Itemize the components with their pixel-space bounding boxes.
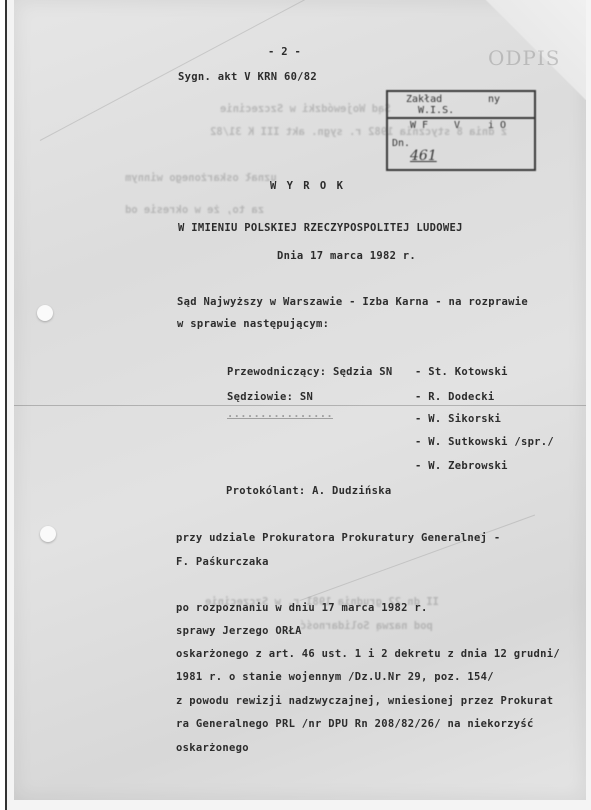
verdict-title: W Y R O K bbox=[270, 180, 345, 192]
court-member: - W. Sutkowski /spr./ bbox=[415, 436, 554, 448]
registry-stamp: Zakład ny W.I.S. W F V i O Dn. 461 bbox=[386, 90, 536, 171]
punch-hole-icon bbox=[40, 526, 56, 542]
bleed-through-text: pod nazwą Solidarność bbox=[300, 620, 433, 632]
case-signature: Sygn. akt V KRN 60/82 bbox=[178, 71, 317, 83]
court-intro-line-1: Sąd Najwyższy w Warszawie - Izba Karna -… bbox=[177, 296, 528, 308]
case-line: z powodu rewizji nadzwyczajnej, wniesion… bbox=[176, 695, 553, 707]
bleed-through-text: Sąd Wojewódzki w Szczecinie bbox=[220, 103, 391, 115]
stamp-number: 461 bbox=[410, 148, 437, 164]
case-line: ra Generalnego PRL /nr DPU Rn 208/82/26/… bbox=[176, 718, 534, 730]
bleed-through-text: uznał oskarżonego winnym bbox=[125, 172, 277, 184]
prosecutor-line-2: F. Paśkurczaka bbox=[176, 556, 269, 568]
court-member: - St. Kotowski bbox=[415, 366, 508, 378]
scan-left-edge bbox=[0, 0, 7, 810]
stamp-text: W F bbox=[410, 120, 428, 131]
stamp-text: ny bbox=[488, 94, 500, 105]
stamp-text: Zakład bbox=[406, 94, 442, 105]
in-the-name-of: W IMIENIU POLSKIEJ RZECZYPOSPOLITEJ LUDO… bbox=[178, 222, 463, 234]
case-line: 1981 r. o stanie wojennym /Dz.U.Nr 29, p… bbox=[176, 671, 494, 683]
judges-underline: ................ bbox=[227, 408, 333, 420]
court-member: - W. Sikorski bbox=[415, 413, 501, 425]
stamp-text: i O bbox=[488, 120, 506, 131]
punch-hole-icon bbox=[37, 305, 53, 321]
chair-label: Przewodniczący: Sędzia SN bbox=[227, 366, 393, 378]
verdict-date: Dnia 17 marca 1982 r. bbox=[277, 250, 416, 262]
page-number: - 2 - bbox=[268, 46, 301, 58]
case-line: po rozpoznaniu w dniu 17 marca 1982 r. bbox=[176, 602, 428, 614]
court-member: - R. Dodecki bbox=[415, 391, 494, 403]
watermark-stamp: ODPIS bbox=[488, 46, 561, 70]
stamp-text: V bbox=[454, 120, 460, 131]
court-clerk: Protokólant: A. Dudzińska bbox=[226, 485, 392, 497]
prosecutor-line-1: przy udziale Prokuratora Prokuratury Gen… bbox=[176, 532, 500, 544]
case-line: oskarżonego bbox=[176, 742, 249, 754]
horizontal-fold-line bbox=[14, 405, 586, 406]
case-line: oskarżonego z art. 46 ust. 1 i 2 dekretu… bbox=[176, 648, 560, 660]
stamp-header-row: Zakład ny W.I.S. bbox=[388, 92, 534, 119]
case-line: sprawy Jerzego ORŁA bbox=[176, 625, 302, 637]
bleed-through-text: za to, że w okresie od bbox=[125, 204, 264, 216]
stamp-date-label: Dn. bbox=[392, 138, 410, 149]
judges-label: Sędziowie: SN bbox=[227, 391, 313, 403]
court-intro-line-2: w sprawie następującym: bbox=[177, 318, 329, 330]
court-member: - W. Zebrowski bbox=[415, 460, 508, 472]
stamp-text: W.I.S. bbox=[418, 105, 454, 116]
